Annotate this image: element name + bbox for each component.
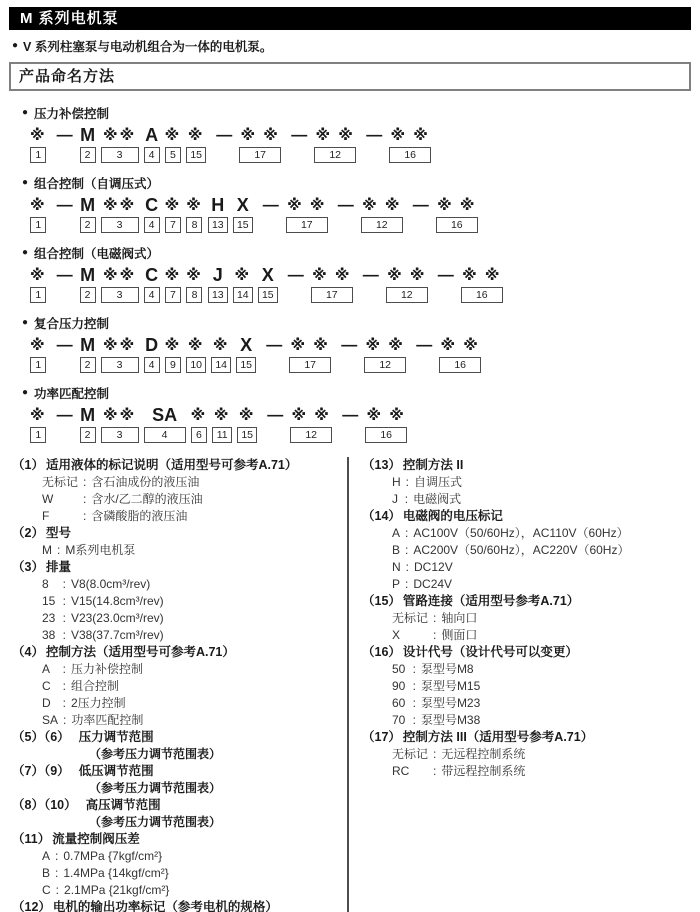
section-label: 功率匹配控制 — [34, 384, 109, 402]
entry-title: 控制方法（适用型号可参考A.71） — [46, 644, 235, 661]
legend-entry: （13）控制方法 IIH:自调压式J:电磁阀式 — [362, 457, 691, 508]
entry-title: 压力调节范围 — [79, 729, 154, 746]
code-symbol: J — [213, 265, 223, 286]
item-value: V15(14.8cm³/rev) — [71, 593, 164, 610]
code-token: ※15 — [237, 405, 257, 443]
legend-item: 无标记:轴向口 — [392, 610, 691, 627]
code-token: ※ ※17 — [239, 125, 281, 163]
item-colon: : — [56, 882, 59, 899]
position-number-box: 14 — [211, 357, 231, 373]
legend-item: 无标记:含石油成份的液压油 — [42, 474, 347, 491]
item-value: 2压力控制 — [71, 695, 126, 712]
item-colon: : — [83, 508, 86, 525]
code-symbol: X — [237, 195, 249, 216]
code-token: ※ ※17 — [286, 195, 328, 233]
position-number-box: 7 — [165, 287, 181, 303]
entry-title: 管路连接（适用型号参考A.71） — [403, 593, 579, 610]
code-symbol: — — [57, 405, 75, 426]
legend-item: J:电磁阀式 — [392, 491, 691, 508]
code-token: ※11 — [212, 405, 232, 443]
naming-sections: ● 压力补偿控制 ※1—M2※※3A4※5※15—※ ※17—※ ※12—※ ※… — [9, 104, 691, 443]
legend-item: W:含水/乙二醇的液压油 — [42, 491, 347, 508]
dash-token: — — [57, 405, 75, 426]
code-token: ※ ※17 — [311, 265, 353, 303]
section-label: 复合压力控制 — [34, 314, 109, 332]
entry-number: （5）（6） — [12, 729, 70, 746]
legend-item: A:0.7MPa {7kgf/cm²} — [42, 848, 347, 865]
dash-token: — — [291, 125, 309, 146]
position-number-box: 4 — [144, 357, 160, 373]
dash-token: — — [413, 195, 431, 216]
code-symbol: ※ — [188, 335, 205, 356]
item-value: V38(37.7cm³/rev) — [71, 627, 164, 644]
position-number-box: 15 — [237, 427, 257, 443]
bullet-icon: ● — [22, 178, 28, 188]
code-symbol: ※ ※ — [437, 195, 476, 216]
position-number-box: 16 — [365, 427, 407, 443]
position-number-box: 2 — [80, 357, 96, 373]
legend-item: C:组合控制 — [42, 678, 347, 695]
code-token: D4 — [144, 335, 160, 373]
entry-number: （8）（10） — [12, 797, 77, 814]
code-token: ※ ※16 — [439, 335, 481, 373]
legend-entry: （15）管路连接（适用型号参考A.71）无标记:轴向口X:侧面口 — [362, 593, 691, 644]
code-token: ※10 — [186, 335, 206, 373]
code-token: ※※3 — [101, 125, 139, 163]
code-symbol: ※ — [191, 405, 208, 426]
item-value: 无远程控制系统 — [441, 746, 525, 763]
legend-item: H:自调压式 — [392, 474, 691, 491]
item-colon: : — [63, 576, 66, 593]
code-symbol: ※※ — [103, 405, 136, 426]
code-symbol: X — [240, 335, 252, 356]
model-code-row: ※1—M2※※3A4※5※15—※ ※17—※ ※12—※ ※16 — [30, 125, 691, 163]
dash-token: — — [266, 335, 284, 356]
code-symbol: ※ ※ — [241, 125, 280, 146]
code-symbol: ※ — [30, 265, 47, 286]
code-symbol: ※ — [186, 265, 203, 286]
entry-number: （4） — [12, 644, 44, 661]
section-label: 组合控制（电磁阀式） — [34, 244, 159, 262]
naming-section: ● 组合控制（自调压式） ※1—M2※※3C4※7※8H13X15—※ ※17—… — [9, 174, 691, 233]
code-token: ※6 — [191, 405, 208, 443]
legend-item: B:AC200V（50/60Hz），AC220V（60Hz） — [392, 542, 691, 559]
code-symbol: — — [263, 195, 281, 216]
item-value: 组合控制 — [71, 678, 119, 695]
code-token: M2 — [80, 265, 96, 303]
item-key: 15 — [42, 593, 58, 610]
item-value: 含磷酸脂的液压油 — [91, 508, 187, 525]
item-colon: : — [413, 695, 416, 712]
item-value: DC12V — [414, 559, 453, 576]
item-key: 60 — [392, 695, 408, 712]
item-value: 含石油成份的液压油 — [91, 474, 199, 491]
item-key: A — [392, 525, 400, 542]
code-symbol: ※ — [239, 405, 256, 426]
code-symbol: ※ ※ — [462, 265, 501, 286]
legend-column-left: （1）适用液体的标记说明（适用型号可参考A.71）无标记:含石油成份的液压油W:… — [9, 457, 347, 912]
dash-token: — — [342, 405, 360, 426]
code-token: ※ ※17 — [289, 335, 331, 373]
position-number-box: 14 — [233, 287, 253, 303]
code-token: ※14 — [211, 335, 231, 373]
legend-entry: （2）型号M:M系列电机泵 — [12, 525, 347, 559]
legend-item: A:AC100V（50/60Hz），AC110V（60Hz） — [392, 525, 691, 542]
dash-token: — — [263, 195, 281, 216]
code-token: ※※3 — [101, 405, 139, 443]
legend-entry: （5）（6）压力调节范围（参考压力调节范围表） — [12, 729, 347, 763]
code-token: C4 — [144, 265, 160, 303]
item-value: 侧面口 — [441, 627, 477, 644]
legend-entry: （11）流量控制阀压差A:0.7MPa {7kgf/cm²}B:1.4MPa {… — [12, 831, 347, 899]
code-symbol: — — [267, 405, 285, 426]
legend-entry: （14）电磁阀的电压标记A:AC100V（50/60Hz），AC110V（60H… — [362, 508, 691, 593]
entry-title: 高压调节范围 — [86, 797, 161, 814]
position-number-box: 8 — [186, 287, 202, 303]
item-value: DC24V — [413, 576, 452, 593]
item-colon: : — [55, 865, 58, 882]
code-token: ※※3 — [101, 335, 139, 373]
code-symbol: — — [57, 265, 75, 286]
code-symbol: ※ — [165, 265, 182, 286]
code-token: ※1 — [30, 125, 47, 163]
entry-note: （参考压力调节范围表） — [89, 746, 347, 763]
dash-token: — — [416, 335, 434, 356]
item-colon: : — [63, 593, 66, 610]
position-number-box: 5 — [165, 147, 181, 163]
entry-number: （13） — [362, 457, 401, 474]
item-key: D — [42, 695, 58, 712]
code-token: ※1 — [30, 405, 47, 443]
position-number-box: 4 — [144, 287, 160, 303]
position-number-box: 12 — [314, 147, 356, 163]
section-title: 产品命名方法 — [9, 62, 691, 91]
code-symbol: — — [57, 335, 75, 356]
position-number-box: 16 — [461, 287, 503, 303]
position-number-box: 17 — [286, 217, 328, 233]
code-token: ※1 — [30, 265, 47, 303]
position-number-box: 4 — [144, 427, 186, 443]
legend-entry: （12）电机的输出功率标记（参考电机的规格） — [12, 899, 347, 912]
code-symbol: M — [80, 195, 95, 216]
item-key: B — [42, 865, 50, 882]
code-token: ※ ※16 — [461, 265, 503, 303]
position-number-box: 2 — [80, 427, 96, 443]
code-token: ※ ※12 — [364, 335, 406, 373]
code-symbol: ※ ※ — [316, 125, 355, 146]
page-title: M 系列电机泵 — [9, 7, 691, 30]
position-number-box: 13 — [208, 287, 228, 303]
code-token: ※ ※16 — [365, 405, 407, 443]
legend-item: D:2压力控制 — [42, 695, 347, 712]
item-key: RC — [392, 763, 428, 780]
entry-number: （3） — [12, 559, 44, 576]
entry-title: 电磁阀的电压标记 — [403, 508, 503, 525]
code-token: ※7 — [165, 265, 182, 303]
item-colon: : — [433, 627, 436, 644]
item-colon: : — [406, 474, 409, 491]
item-colon: : — [433, 610, 436, 627]
entry-number: （15） — [362, 593, 401, 610]
code-symbol: ※ ※ — [291, 335, 330, 356]
legend-item: B:1.4MPa {14kgf/cm²} — [42, 865, 347, 882]
position-number-box: 4 — [144, 217, 160, 233]
code-symbol: ※※ — [103, 265, 136, 286]
item-value: V8(8.0cm³/rev) — [71, 576, 150, 593]
model-code-row: ※1—M2※※3C4※7※8H13X15—※ ※17—※ ※12—※ ※16 — [30, 195, 691, 233]
code-symbol: — — [57, 195, 75, 216]
code-token: ※15 — [186, 125, 206, 163]
position-number-box: 10 — [186, 357, 206, 373]
code-symbol: ※ ※ — [287, 195, 326, 216]
code-token: ※ ※12 — [314, 125, 356, 163]
entry-note: （参考压力调节范围表） — [89, 814, 347, 831]
item-key: P — [392, 576, 400, 593]
code-token: X15 — [258, 265, 278, 303]
position-number-box: 12 — [290, 427, 332, 443]
code-symbol: — — [288, 265, 306, 286]
bullet-icon: ● — [22, 318, 28, 328]
code-token: M2 — [80, 195, 96, 233]
entry-title: 电机的输出功率标记（参考电机的规格） — [53, 899, 278, 912]
code-symbol: ※ — [165, 335, 182, 356]
dash-token: — — [57, 265, 75, 286]
code-symbol: ※ ※ — [362, 195, 401, 216]
legend-item: N:DC12V — [392, 559, 691, 576]
legend-item: M:M系列电机泵 — [42, 542, 347, 559]
code-symbol: ※ — [188, 125, 205, 146]
naming-section: ● 复合压力控制 ※1—M2※※3D4※9※10※14X15—※ ※17—※ ※… — [9, 314, 691, 373]
item-colon: : — [405, 525, 408, 542]
item-key: A — [42, 848, 50, 865]
legend-item: 70:泵型号M38 — [392, 712, 691, 729]
code-token: ※ ※12 — [290, 405, 332, 443]
legend-item: RC:带远程控制系统 — [392, 763, 691, 780]
bullet-icon: ● — [22, 108, 28, 118]
item-key: 无标记 — [42, 474, 78, 491]
item-key: 无标记 — [392, 746, 428, 763]
code-symbol: — — [266, 335, 284, 356]
dash-token: — — [216, 125, 234, 146]
position-number-box: 2 — [80, 287, 96, 303]
position-number-box: 1 — [30, 357, 46, 373]
code-symbol: — — [216, 125, 234, 146]
code-token: SA4 — [144, 405, 186, 443]
position-number-box: 2 — [80, 217, 96, 233]
item-value: 泵型号M8 — [421, 661, 474, 678]
position-number-box: 6 — [191, 427, 207, 443]
code-token: ※※3 — [101, 265, 139, 303]
code-symbol: M — [80, 265, 95, 286]
item-colon: : — [83, 491, 86, 508]
position-number-box: 1 — [30, 427, 46, 443]
section-label: 压力补偿控制 — [34, 104, 109, 122]
naming-section: ● 压力补偿控制 ※1—M2※※3A4※5※15—※ ※17—※ ※12—※ ※… — [9, 104, 691, 163]
code-token: M2 — [80, 405, 96, 443]
legend-item: SA:功率匹配控制 — [42, 712, 347, 729]
code-token: ※ ※16 — [436, 195, 478, 233]
code-symbol: — — [291, 125, 309, 146]
code-token: A4 — [144, 125, 160, 163]
position-number-box: 15 — [258, 287, 278, 303]
code-symbol: ※ ※ — [367, 405, 406, 426]
item-colon: : — [63, 678, 66, 695]
legend-item: 15:V15(14.8cm³/rev) — [42, 593, 347, 610]
legend-column-right: （13）控制方法 IIH:自调压式J:电磁阀式（14）电磁阀的电压标记A:AC1… — [347, 457, 691, 912]
code-token: M2 — [80, 125, 96, 163]
item-key: B — [392, 542, 400, 559]
legend-item: X:侧面口 — [392, 627, 691, 644]
item-colon: : — [413, 678, 416, 695]
dash-token: — — [288, 265, 306, 286]
position-number-box: 3 — [101, 427, 139, 443]
code-token: ※8 — [186, 195, 203, 233]
code-symbol: M — [80, 335, 95, 356]
dash-token: — — [57, 335, 75, 356]
code-symbol: ※ ※ — [312, 265, 351, 286]
bullet-icon: ● — [12, 41, 18, 51]
code-symbol: ※ ※ — [366, 335, 405, 356]
position-number-box: 15 — [186, 147, 206, 163]
legend-item: 38:V38(37.7cm³/rev) — [42, 627, 347, 644]
item-key: SA — [42, 712, 58, 729]
dash-token: — — [438, 265, 456, 286]
item-value: 自调压式 — [414, 474, 462, 491]
legend-item: 8:V8(8.0cm³/rev) — [42, 576, 347, 593]
item-value: M系列电机泵 — [65, 542, 135, 559]
model-code-row: ※1—M2※※3C4※7※8J13※14X15—※ ※17—※ ※12—※ ※1… — [30, 265, 691, 303]
intro-line: ● V 系列柱塞泵与电动机组合为一体的电机泵。 — [12, 37, 691, 55]
code-symbol: ※ — [165, 195, 182, 216]
legend-item: 90:泵型号M15 — [392, 678, 691, 695]
position-number-box: 7 — [165, 217, 181, 233]
document-page: M 系列电机泵 ● V 系列柱塞泵与电动机组合为一体的电机泵。 产品命名方法 ●… — [0, 0, 700, 912]
item-value: 功率匹配控制 — [71, 712, 143, 729]
entry-title: 控制方法 III（适用型号参考A.71） — [403, 729, 593, 746]
item-value: 1.4MPa {14kgf/cm²} — [63, 865, 168, 882]
bullet-icon: ● — [22, 388, 28, 398]
code-symbol: ※ — [30, 125, 47, 146]
code-symbol: C — [145, 195, 158, 216]
legend-entry: （17）控制方法 III（适用型号参考A.71）无标记:无远程控制系统RC:带远… — [362, 729, 691, 780]
item-key: 90 — [392, 678, 408, 695]
item-colon: : — [63, 661, 66, 678]
legend-item: F:含磷酸脂的液压油 — [42, 508, 347, 525]
item-key: H — [392, 474, 401, 491]
item-key: X — [392, 627, 428, 644]
item-key: 70 — [392, 712, 408, 729]
code-token: ※14 — [233, 265, 253, 303]
item-colon: : — [433, 746, 436, 763]
position-number-box: 2 — [80, 147, 96, 163]
model-code-row: ※1—M2※※3D4※9※10※14X15—※ ※17—※ ※12—※ ※16 — [30, 335, 691, 373]
code-symbol: ※※ — [103, 335, 136, 356]
item-key: C — [42, 678, 58, 695]
position-number-box: 3 — [101, 147, 139, 163]
item-colon: : — [413, 712, 416, 729]
code-token: X15 — [236, 335, 256, 373]
code-symbol: — — [342, 405, 360, 426]
code-symbol: D — [145, 335, 158, 356]
intro-text: V 系列柱塞泵与电动机组合为一体的电机泵。 — [23, 37, 272, 55]
dash-token: — — [366, 125, 384, 146]
position-number-box: 3 — [101, 357, 139, 373]
code-symbol: M — [80, 125, 95, 146]
code-symbol: — — [338, 195, 356, 216]
position-number-box: 4 — [144, 147, 160, 163]
code-token: ※1 — [30, 335, 47, 373]
item-colon: : — [63, 610, 66, 627]
legend-item: C:2.1MPa {21kgf/cm²} — [42, 882, 347, 899]
item-value: 泵型号M23 — [421, 695, 480, 712]
item-colon: : — [63, 712, 66, 729]
entry-number: （12） — [12, 899, 51, 912]
section-label: 组合控制（自调压式） — [34, 174, 159, 192]
position-number-box: 17 — [311, 287, 353, 303]
bullet-icon: ● — [22, 248, 28, 258]
legend-entry: （8）（10）高压调节范围（参考压力调节范围表） — [12, 797, 347, 831]
code-symbol: ※ — [30, 405, 47, 426]
item-colon: : — [405, 542, 408, 559]
code-symbol: — — [438, 265, 456, 286]
position-number-box: 16 — [389, 147, 431, 163]
position-number-box: 12 — [361, 217, 403, 233]
code-token: ※5 — [165, 125, 182, 163]
item-value: 0.7MPa {7kgf/cm²} — [63, 848, 162, 865]
item-colon: : — [433, 763, 436, 780]
item-value: AC200V（50/60Hz），AC220V（60Hz） — [413, 542, 629, 559]
code-symbol: ※ — [165, 125, 182, 146]
code-symbol: — — [363, 265, 381, 286]
entry-number: （7）（9） — [12, 763, 70, 780]
code-symbol: ※ — [214, 405, 231, 426]
entry-title: 设计代号（设计代号可以变更） — [403, 644, 578, 661]
position-number-box: 17 — [289, 357, 331, 373]
code-symbol: H — [211, 195, 224, 216]
item-colon: : — [57, 542, 60, 559]
item-value: AC100V（50/60Hz），AC110V（60Hz） — [413, 525, 628, 542]
dash-token: — — [267, 405, 285, 426]
code-symbol: ※ — [30, 335, 47, 356]
item-key: 无标记 — [392, 610, 428, 627]
legend-item: P:DC24V — [392, 576, 691, 593]
entry-number: （11） — [12, 831, 50, 848]
legend-entry: （1）适用液体的标记说明（适用型号可参考A.71）无标记:含石油成份的液压油W:… — [12, 457, 347, 525]
item-colon: : — [405, 491, 408, 508]
position-number-box: 11 — [212, 427, 232, 443]
item-key: M — [42, 542, 52, 559]
item-key: 50 — [392, 661, 408, 678]
item-key: 38 — [42, 627, 58, 644]
entry-title: 型号 — [46, 525, 71, 542]
item-key: F — [42, 508, 78, 525]
code-symbol: — — [57, 125, 75, 146]
item-value: 电磁阀式 — [413, 491, 461, 508]
entry-title: 低压调节范围 — [79, 763, 154, 780]
dash-token: — — [57, 195, 75, 216]
item-colon: : — [55, 848, 58, 865]
code-symbol: ※ ※ — [391, 125, 430, 146]
entry-number: （2） — [12, 525, 44, 542]
naming-section: ● 组合控制（电磁阀式） ※1—M2※※3C4※7※8J13※14X15—※ ※… — [9, 244, 691, 303]
code-token: ※※3 — [101, 195, 139, 233]
item-key: 23 — [42, 610, 58, 627]
position-number-box: 1 — [30, 287, 46, 303]
item-value: 轴向口 — [441, 610, 477, 627]
position-number-box: 3 — [101, 217, 139, 233]
dash-token: — — [338, 195, 356, 216]
item-colon: : — [405, 576, 408, 593]
